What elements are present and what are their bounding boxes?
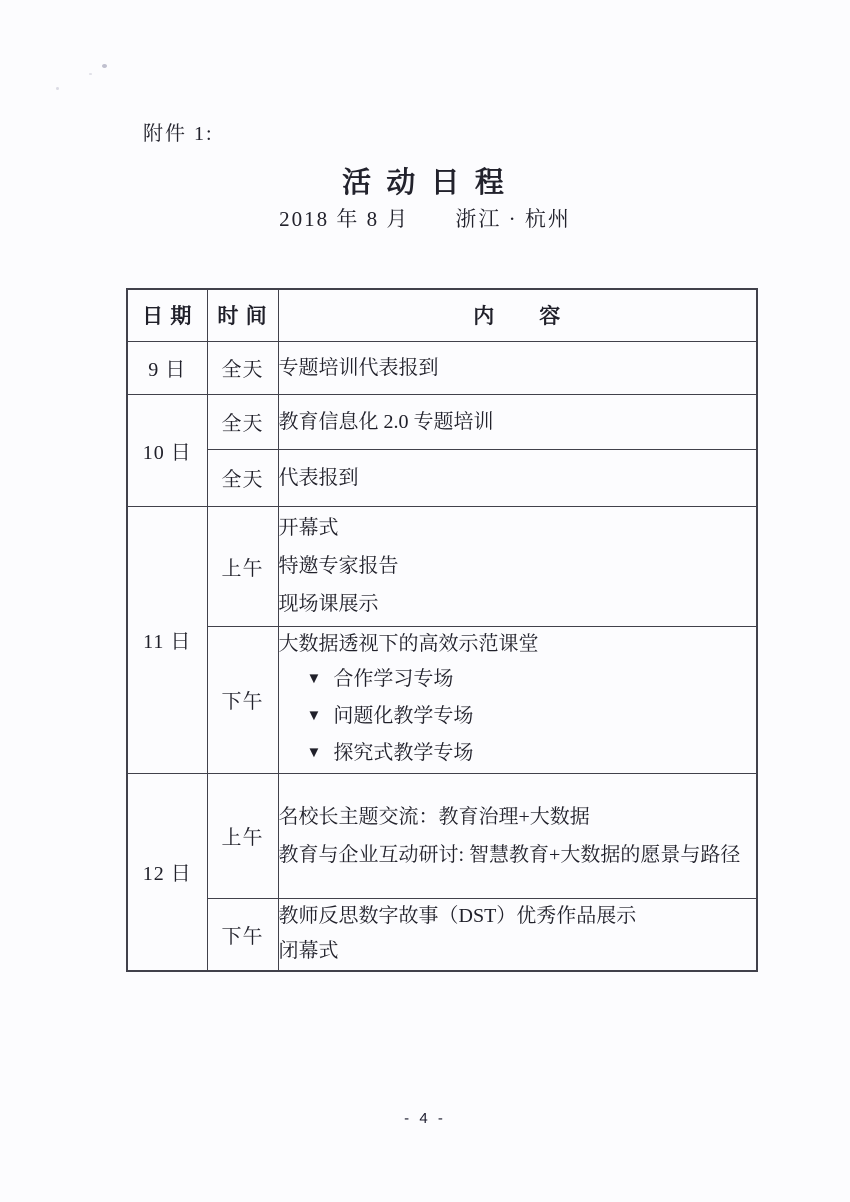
content-line: 代表报到 bbox=[279, 459, 757, 497]
content-line: 大数据透视下的高效示范课堂 bbox=[279, 627, 757, 662]
scan-speck bbox=[102, 64, 107, 68]
date-cell: 12 日 bbox=[127, 773, 207, 971]
time-cell: 下午 bbox=[207, 898, 278, 971]
content-cell: 大数据透视下的高效示范课堂 ▼合作学习专场 ▼问题化教学专场 ▼探究式教学专场 bbox=[278, 626, 757, 773]
content-line: 教育与企业互动研讨: 智慧教育+大数据的愿景与路径 bbox=[279, 836, 757, 874]
content-line: 问题化教学专场 bbox=[333, 705, 473, 727]
time-cell: 全天 bbox=[207, 449, 278, 506]
triangle-down-icon: ▼ bbox=[307, 671, 322, 687]
content-line: 教育信息化 2.0 专题培训 bbox=[279, 403, 757, 441]
header-cell-content: 内 容 bbox=[278, 289, 757, 341]
table-row-day9: 9 日 全天 专题培训代表报到 bbox=[127, 341, 757, 394]
header-cell-time: 时 间 bbox=[207, 289, 278, 341]
date-cell: 11 日 bbox=[127, 506, 207, 773]
bullet-line: ▼问题化教学专场 bbox=[279, 699, 757, 736]
date-cell: 9 日 bbox=[127, 341, 207, 394]
content-line: 名校长主题交流：教育治理+大数据 bbox=[279, 798, 757, 836]
time-cell: 上午 bbox=[207, 773, 278, 898]
content-line: 探究式教学专场 bbox=[333, 742, 473, 764]
table-row-day11-morning: 11 日 上午 开幕式 特邀专家报告 现场课展示 bbox=[127, 506, 757, 626]
content-line: 闭幕式 bbox=[279, 934, 757, 969]
content-line: 专题培训代表报到 bbox=[279, 349, 757, 387]
document-title: 活 动 日 程 bbox=[0, 160, 850, 201]
time-cell: 下午 bbox=[207, 626, 278, 773]
date-cell: 10 日 bbox=[127, 394, 207, 506]
triangle-down-icon: ▼ bbox=[307, 708, 322, 724]
content-line: 现场课展示 bbox=[279, 585, 757, 623]
triangle-down-icon: ▼ bbox=[307, 745, 322, 761]
table-row-day10-session2: 全天 代表报到 bbox=[127, 449, 757, 506]
bullet-line: ▼探究式教学专场 bbox=[279, 736, 757, 773]
content-line: 合作学习专场 bbox=[333, 668, 453, 690]
content-line: 教师反思数字故事（DST）优秀作品展示 bbox=[279, 899, 757, 934]
time-cell: 上午 bbox=[207, 506, 278, 626]
bullet-line: ▼合作学习专场 bbox=[279, 662, 757, 699]
table-row-day12-afternoon: 下午 教师反思数字故事（DST）优秀作品展示 闭幕式 bbox=[127, 898, 757, 971]
document-subtitle: 2018 年 8 月 浙江 · 杭州 bbox=[0, 203, 850, 233]
time-cell: 全天 bbox=[207, 394, 278, 449]
content-line: 特邀专家报告 bbox=[279, 547, 757, 585]
scan-speck bbox=[89, 73, 92, 75]
attachment-label: 附件 1: bbox=[143, 117, 214, 146]
content-cell: 代表报到 bbox=[278, 449, 757, 506]
content-cell: 开幕式 特邀专家报告 现场课展示 bbox=[278, 506, 757, 626]
content-line: 开幕式 bbox=[279, 509, 757, 547]
table-row-day11-afternoon: 下午 大数据透视下的高效示范课堂 ▼合作学习专场 ▼问题化教学专场 ▼探究式教学… bbox=[127, 626, 757, 773]
scanned-document-page: 附件 1: 活 动 日 程 2018 年 8 月 浙江 · 杭州 日 期 时 间… bbox=[0, 0, 850, 1202]
page-number: - 4 - bbox=[0, 1110, 850, 1127]
content-cell: 专题培训代表报到 bbox=[278, 341, 757, 394]
content-cell: 教育信息化 2.0 专题培训 bbox=[278, 394, 757, 449]
table-header-row: 日 期 时 间 内 容 bbox=[127, 289, 757, 341]
header-cell-date: 日 期 bbox=[127, 289, 207, 341]
time-cell: 全天 bbox=[207, 341, 278, 394]
content-cell: 教师反思数字故事（DST）优秀作品展示 闭幕式 bbox=[278, 898, 757, 971]
content-cell: 名校长主题交流：教育治理+大数据 教育与企业互动研讨: 智慧教育+大数据的愿景与… bbox=[278, 773, 757, 898]
table-row-day12-morning: 12 日 上午 名校长主题交流：教育治理+大数据 教育与企业互动研讨: 智慧教育… bbox=[127, 773, 757, 898]
schedule-table: 日 期 时 间 内 容 9 日 全天 专题培训代表报到 10 日 全天 教育信息… bbox=[126, 288, 758, 972]
scan-speck bbox=[56, 87, 59, 90]
table-row-day10-session1: 10 日 全天 教育信息化 2.0 专题培训 bbox=[127, 394, 757, 449]
